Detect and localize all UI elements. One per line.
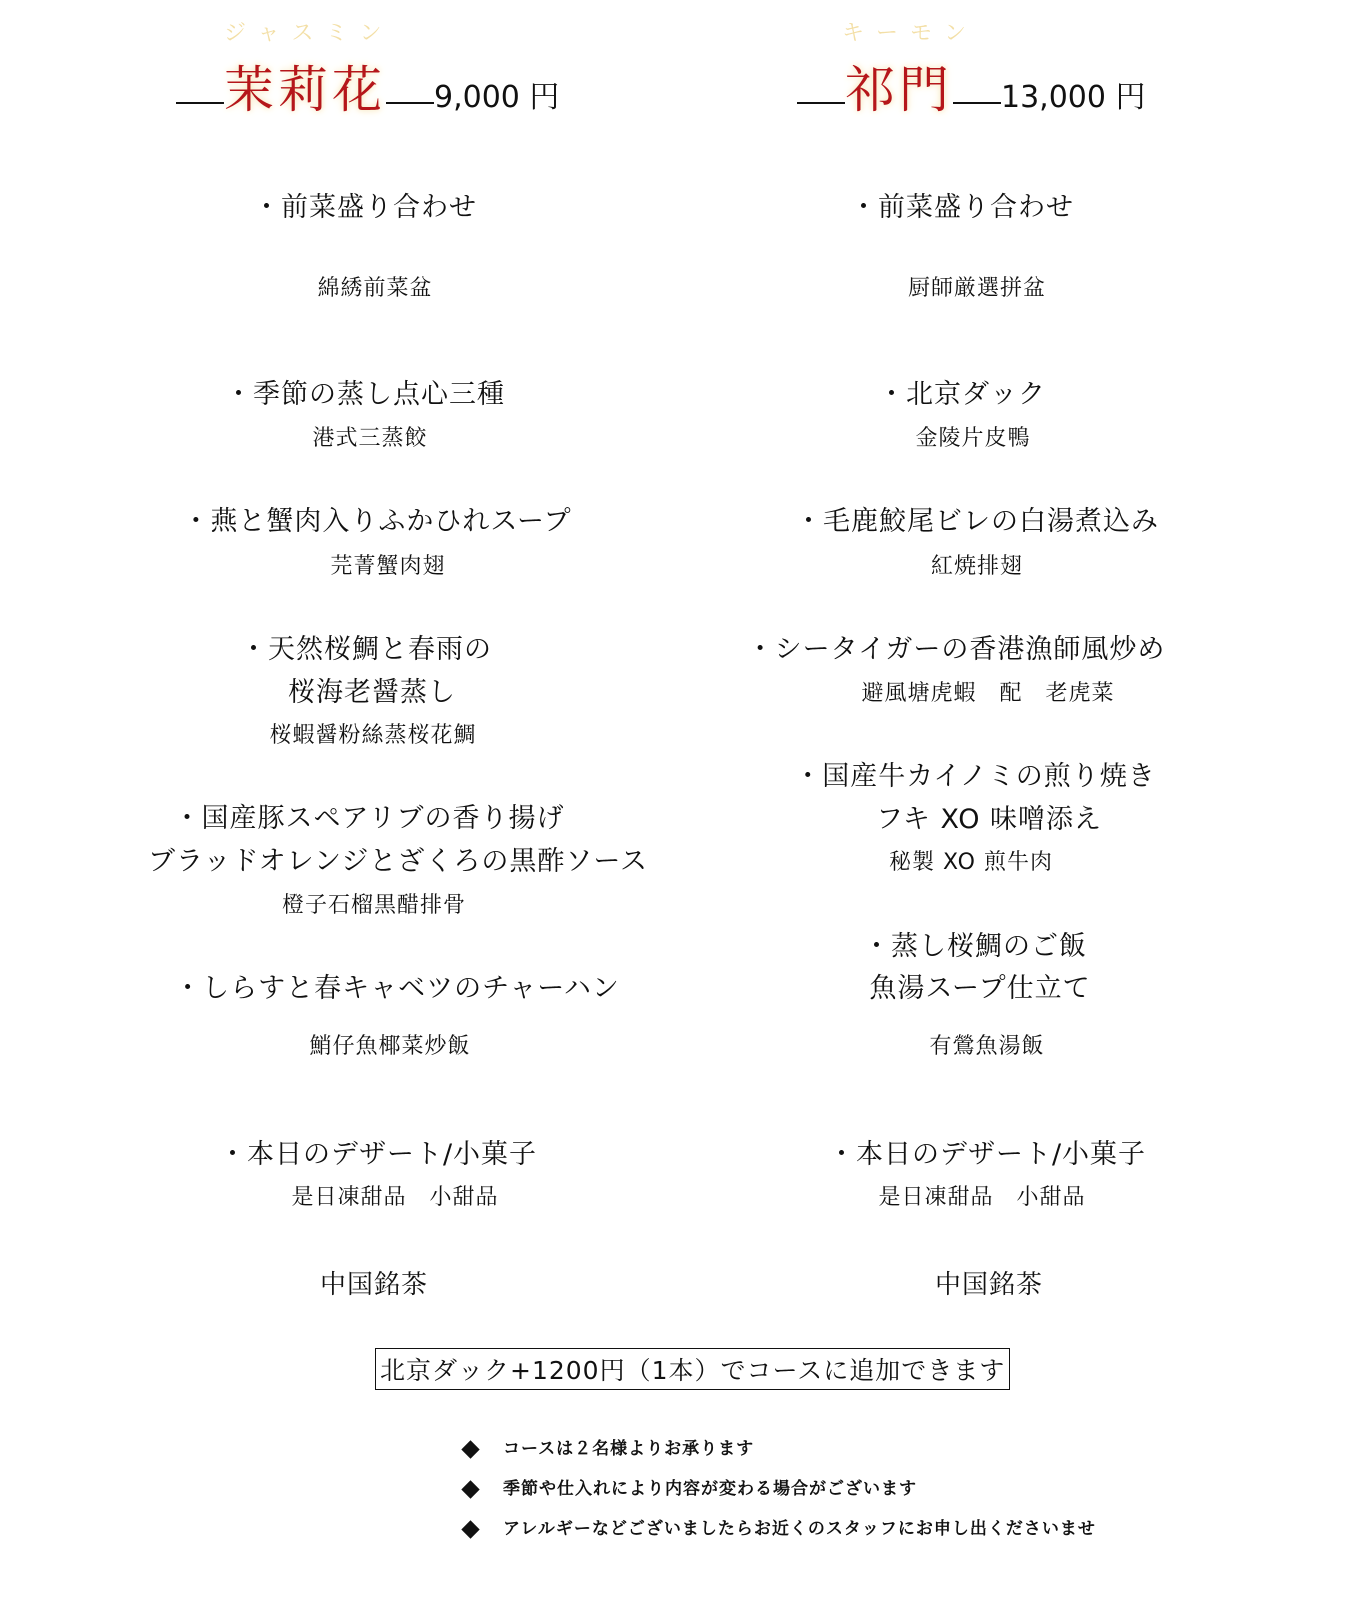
- dash-divider: [176, 102, 224, 104]
- note-text: アレルギーなどございましたらお近くのスタッフにお申し出くださいませ: [503, 1519, 1096, 1539]
- menu-item-title-line2: ブラッドオレンジとざくろの黒酢ソース: [148, 840, 648, 884]
- course-title-line: 祁門13,000 円: [797, 50, 1146, 122]
- menu-item-title: ・本日のデザート/小菓子: [219, 1133, 537, 1177]
- menu-item-chinese: 港式三蒸餃: [312, 424, 427, 454]
- menu-item-title: ・国産豚スペアリブの香り揚げ: [174, 797, 565, 841]
- note-text: 季節や仕入れにより内容が変わる場合がございます: [503, 1479, 917, 1499]
- note-text: コースは２名様よりお承ります: [503, 1439, 754, 1459]
- menu-item-title: ・蒸し桜鯛のご飯: [863, 925, 1087, 969]
- menu-item-chinese: 秘製 XO 煎牛肉: [889, 848, 1053, 878]
- menu-item-title: ・毛鹿鮫尾ビレの白湯煮込み: [795, 500, 1159, 544]
- menu-item-chinese: 金陵片皮鴨: [915, 424, 1030, 454]
- dash-divider: [386, 102, 434, 104]
- diamond-bullet-icon: [461, 1480, 479, 1498]
- course-ruby: キーモン: [842, 16, 978, 47]
- menu-item-title: ・しらすと春キャベツのチャーハン: [174, 967, 620, 1011]
- menu-item-title: ・シータイガーの香港漁師風炒め: [747, 628, 1166, 672]
- diamond-bullet-icon: [461, 1520, 479, 1538]
- course-title: 祁門: [845, 61, 953, 119]
- menu-item-title: ・本日のデザート/小菓子: [828, 1133, 1146, 1177]
- course-price: 9,000 円: [434, 80, 559, 115]
- course-title-line: 茉莉花9,000 円: [176, 50, 559, 122]
- menu-item-title-line2: 魚湯スープ仕立て: [869, 967, 1090, 1011]
- note-item: 季節や仕入れにより内容が変わる場合がございます: [464, 1474, 917, 1499]
- menu-item-title-line2: 桜海老醤蒸し: [288, 671, 456, 715]
- menu-item-title: ・燕と蟹肉入りふかひれスープ: [182, 500, 571, 544]
- menu-item-chinese: 桜蝦醤粉絲蒸桜花鯛: [269, 721, 476, 751]
- dash-divider: [953, 102, 1001, 104]
- tea-item: 中国銘茶: [935, 1264, 1043, 1301]
- menu-item-title: ・北京ダック: [878, 373, 1046, 417]
- dash-divider: [797, 102, 845, 104]
- menu-item-title: ・前菜盛り合わせ: [850, 186, 1074, 230]
- menu-item-title-line2: フキ XO 味噌添え: [876, 798, 1102, 842]
- menu-item-title: ・国産牛カイノミの煎り焼き: [794, 755, 1156, 799]
- tea-item: 中国銘茶: [320, 1264, 428, 1301]
- menu-item-title: ・季節の蒸し点心三種: [225, 373, 505, 417]
- menu-item-chinese: 綿綉前菜盆: [317, 274, 432, 304]
- note-item: アレルギーなどございましたらお近くのスタッフにお申し出くださいませ: [464, 1514, 1096, 1539]
- menu-item-chinese: 避風塘虎蝦 配 老虎菜: [861, 679, 1114, 709]
- course-ruby: ジャスミン: [224, 16, 394, 47]
- menu-item-chinese: 紅焼排翅: [931, 552, 1023, 582]
- note-item: コースは２名様よりお承ります: [464, 1434, 754, 1459]
- course-title: 茉莉花: [224, 61, 386, 119]
- menu-item-chinese: 橙子石榴黒醋排骨: [282, 891, 466, 921]
- addon-notice-box: 北京ダック+1200円（1本）でコースに追加できます: [375, 1348, 1010, 1390]
- diamond-bullet-icon: [461, 1440, 479, 1458]
- menu-item-chinese: 芫菁蟹肉翅: [330, 552, 445, 582]
- menu-item-chinese: 鮹仔魚椰菜炒飯: [309, 1032, 470, 1062]
- menu-item-chinese: 是日凍甜品 小甜品: [291, 1183, 498, 1213]
- menu-item-chinese: 是日凍甜品 小甜品: [878, 1183, 1085, 1213]
- course-price: 13,000 円: [1001, 80, 1146, 115]
- menu-item-chinese: 有鶯魚湯飯: [929, 1032, 1044, 1062]
- menu-item-title: ・前菜盛り合わせ: [253, 186, 477, 230]
- menu-item-chinese: 厨師厳選拼盆: [908, 274, 1046, 304]
- menu-item-title: ・天然桜鯛と春雨の: [240, 628, 492, 672]
